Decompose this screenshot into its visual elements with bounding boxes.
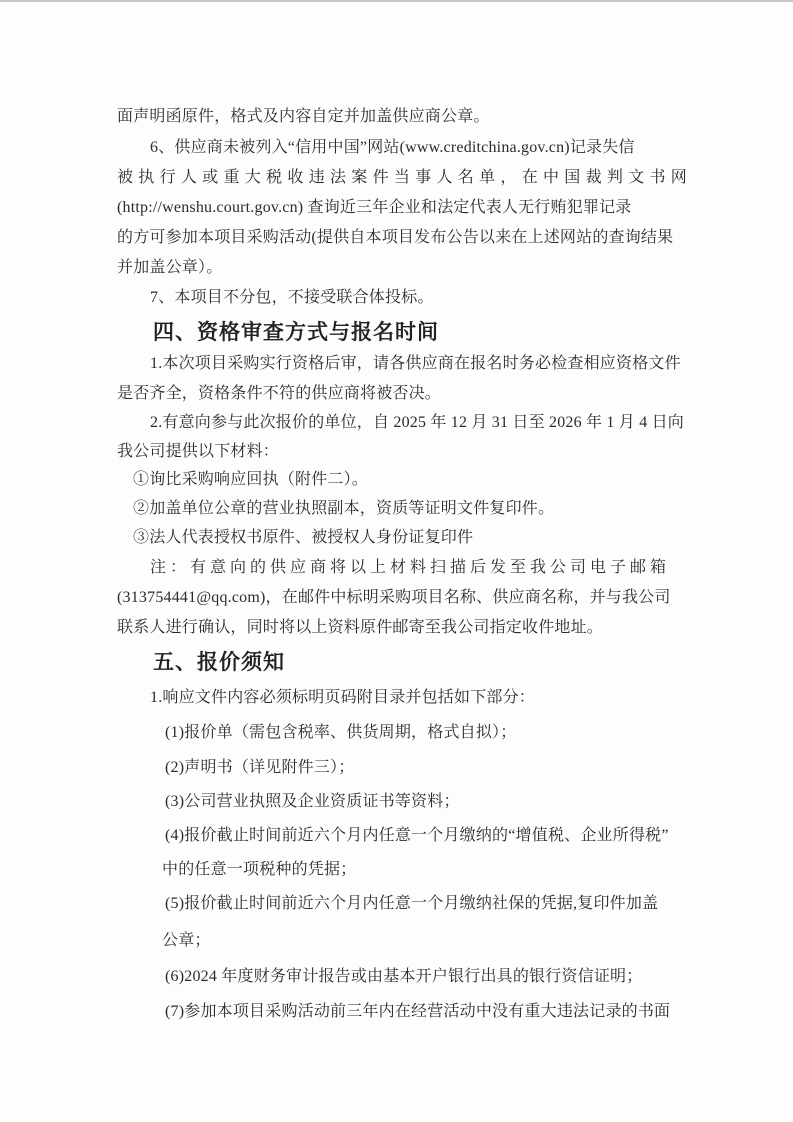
section4-para1-line1: 1.本次项目采购实行资格后审，请各供应商在报名时务必检查相应资格文件 [150,354,681,373]
note-line-3: 联系人进行确认，同时将以上资料原件邮寄至我公司指定收件地址。 [117,618,603,637]
scanned-document-page: 面声明函原件，格式及内容自定并加盖供应商公章。 6、供应商未被列入“信用中国”网… [0,0,793,1122]
continuation-line: 面声明函原件，格式及内容自定并加盖供应商公章。 [117,107,490,126]
material-item-3: ③法人代表授权书原件、被授权人身份证复印件 [133,528,473,547]
quote-item-6: (6)2024 年度财务审计报告或由基本开户银行出具的银行资信证明； [165,967,642,986]
scan-edge-artifact [0,0,793,2]
note-line-1: 注：有意向的供应商将以上材料扫描后发至我公司电子邮箱 [150,558,670,577]
material-item-1: ①询比采购响应回执（附件二）。 [133,470,368,489]
note-line-2: (313754441@qq.com)，在邮件中标明采购项目名称、供应商名称，并与… [117,588,671,607]
quote-item-5-line2: 公章； [162,931,211,950]
quote-item-1: (1)报价单（需包含税率、供货周期，格式自拟）； [165,723,516,742]
section-4-heading: 四、资格审查方式与报名时间 [153,320,439,345]
clause-6-line-5: 并加盖公章）。 [117,258,222,277]
clause-6-line-1: 6、供应商未被列入“信用中国”网站(www.creditchina.gov.cn… [150,138,635,157]
section4-para2-line1: 2.有意向参与此次报价的单位，自 2025 年 12 月 31 日至 2026 … [150,413,684,432]
quote-item-2: (2)声明书（详见附件三）； [165,758,354,777]
clause-6-line-2: 被执行人或重大税收违法案件当事人名单，在中国裁判文书网 [117,168,692,187]
clause-6-line-3: (http://wenshu.court.gov.cn) 查询近三年企业和法定代… [117,198,632,217]
section5-intro: 1.响应文件内容必须标明页码附目录并包括如下部分： [150,688,535,707]
section-5-heading: 五、报价须知 [153,650,285,675]
clause-6-line-4: 的方可参加本项目采购活动(提供自本项目发布公告以来在上述网站的查询结果 [117,228,673,247]
quote-item-4-line1: (4)报价截止时间前近六个月内任意一个月缴纳的“增值税、企业所得税” [165,826,669,845]
quote-item-4-line2: 中的任意一项税种的凭据； [162,860,356,879]
quote-item-3: (3)公司营业执照及企业资质证书等资料； [165,792,460,811]
material-item-2: ②加盖单位公章的营业执照副本，资质等证明文件复印件。 [133,499,554,518]
quote-item-5-line1: (5)报价截止时间前近六个月内任意一个月缴纳社保的凭据,复印件加盖 [165,894,658,913]
section4-para2-line2: 我公司提供以下材料： [117,442,279,461]
section4-para1-line2: 是否齐全，资格条件不符的供应商将被否决。 [117,384,441,403]
quote-item-7: (7)参加本项目采购活动前三年内在经营活动中没有重大违法记录的书面 [165,1002,670,1021]
clause-7-line: 7、本项目不分包，不接受联合体投标。 [150,288,434,307]
